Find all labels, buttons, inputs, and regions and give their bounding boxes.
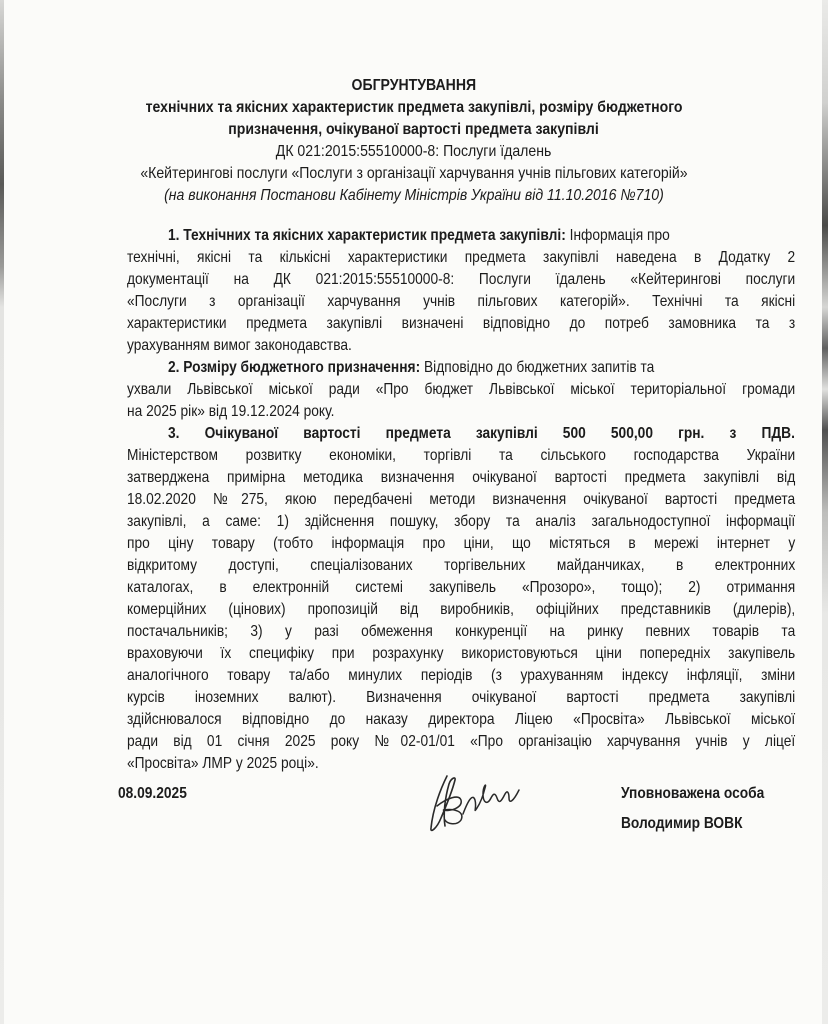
section-3-heading: 3. Очікуваної вартості предмета закупівл… xyxy=(168,423,795,445)
section-3-text-3: закупівлі, а саме: 1) здійснення пошуку,… xyxy=(127,511,795,533)
authorized-person-name-text: Володимир ВОВК xyxy=(621,813,742,835)
section-3-line-11: курсів іноземних валют). Визначення очік… xyxy=(127,687,795,709)
cpv-code-line: ДК 021:2015:55510000-8: Послуги їдалень xyxy=(0,141,828,163)
section-3-line-1: затверджена примірна методика визначення… xyxy=(127,467,795,489)
section-3-text-4: про ціну товару (тобто інформація про ці… xyxy=(127,533,795,555)
section-3-line-6: каталогах, в електронній системі закупів… xyxy=(127,577,795,599)
cpv-code-text: ДК 021:2015:55510000-8: Послуги їдалень xyxy=(276,141,552,163)
section-3-text-11: курсів іноземних валют). Визначення очік… xyxy=(127,687,795,709)
section-3-line-5: відкритому доступі, спеціалізованих торг… xyxy=(127,555,795,577)
section-3-line-9: враховуючи їх специфіку при розрахунку в… xyxy=(127,643,795,665)
document-date-text: 08.09.2025 xyxy=(118,783,187,805)
section-2-heading: 2. Розміру бюджетного призначення: xyxy=(168,359,420,376)
document-page: ОБГРУНТУВАННЯ технічних та якісних харак… xyxy=(0,0,828,1024)
section-3-heading-line: 3. Очікуваної вартості предмета закупівл… xyxy=(168,423,795,445)
section-3-text-2: 18.02.2020 №275, якою передбачені методи… xyxy=(127,489,795,511)
section-1-line-4: характеристики предмета закупівлі визнач… xyxy=(127,313,795,335)
section-1-line-3: «Послуги з організації харчування учнів … xyxy=(127,291,795,313)
authorized-person-name: Володимир ВОВК xyxy=(621,813,762,835)
section-1-line-1: технічні, якісні та кількісні характерис… xyxy=(127,247,795,269)
section-1-text-3: «Послуги з організації харчування учнів … xyxy=(127,291,795,313)
section-3-text-10: аналогічного товару та/або минулих періо… xyxy=(127,665,795,687)
section-3-line-13: ради від 01 січня 2025 року №02-01/01 «П… xyxy=(127,731,795,753)
section-3-text-13: ради від 01 січня 2025 року №02-01/01 «П… xyxy=(127,731,795,753)
section-1-text-4: характеристики предмета закупівлі визнач… xyxy=(127,313,795,335)
section-2-text-2: на 2025 рік» від 19.12.2024 року. xyxy=(127,401,795,423)
section-1-first-line: 1. Технічних та якісних характеристик пр… xyxy=(168,225,751,247)
section-2-text-0: Відповідно до бюджетних запитів та xyxy=(420,359,654,376)
section-1-line-2: документації на ДК 021:2015:55510000-8: … xyxy=(127,269,795,291)
section-3-line-7: комерційних (цінових) пропозицій від вир… xyxy=(127,599,795,621)
section-3-line-3: закупівлі, а саме: 1) здійснення пошуку,… xyxy=(127,511,795,533)
section-3-text-5: відкритому доступі, спеціалізованих торг… xyxy=(127,555,795,577)
section-3-line-4: про ціну товару (тобто інформація про ці… xyxy=(127,533,795,555)
section-3-text-12: здійснювалося відповідно до наказу дирек… xyxy=(127,709,795,731)
section-2-line-1: ухвали Львівської міської ради «Про бюдж… xyxy=(127,379,795,401)
section-3-text-6: каталогах, в електронній системі закупів… xyxy=(127,577,795,599)
subtitle-text-2: призначення, очікуваної вартості предмет… xyxy=(229,119,600,141)
subtitle-text-1: технічних та якісних характеристик предм… xyxy=(146,97,683,119)
section-3-line-10: аналогічного товару та/або минулих періо… xyxy=(127,665,795,687)
handwritten-signature-icon xyxy=(425,768,535,838)
section-3-line-0: Міністерством розвитку економіки, торгів… xyxy=(127,445,795,467)
section-1-line-5: урахуванням вимог законодавства. xyxy=(127,335,795,357)
section-3-text-8: постачальників; 3) у разі обмеження конк… xyxy=(127,621,795,643)
section-3-line-2: 18.02.2020 №275, якою передбачені методи… xyxy=(127,489,795,511)
section-3-line-8: постачальників; 3) у разі обмеження конк… xyxy=(127,621,795,643)
section-1-text-1: технічні, якісні та кількісні характерис… xyxy=(127,247,795,269)
section-3-line-12: здійснювалося відповідно до наказу дирек… xyxy=(127,709,795,731)
section-2-first-line: 2. Розміру бюджетного призначення: Відпо… xyxy=(168,357,734,379)
section-1-text-5: урахуванням вимог законодавства. xyxy=(127,335,795,357)
document-title: ОБГРУНТУВАННЯ xyxy=(0,75,828,97)
section-3-text-0: Міністерством розвитку економіки, торгів… xyxy=(127,445,795,467)
section-1-text-2: документації на ДК 021:2015:55510000-8: … xyxy=(127,269,795,291)
document-title-text: ОБГРУНТУВАННЯ xyxy=(352,75,477,97)
section-2-line-2: на 2025 рік» від 19.12.2024 року. xyxy=(127,401,795,423)
section-2-text-1: ухвали Львівської міської ради «Про бюдж… xyxy=(127,379,795,401)
resolution-line: (на виконання Постанови Кабінету Міністр… xyxy=(0,185,828,207)
service-line: «Кейтерингові послуги «Послуги з організ… xyxy=(0,163,828,185)
document-subtitle-line-2: призначення, очікуваної вартості предмет… xyxy=(0,119,828,141)
section-3-text-9: враховуючи їх специфіку при розрахунку в… xyxy=(127,643,795,665)
document-date: 08.09.2025 xyxy=(118,783,198,805)
section-3-text-1: затверджена примірна методика визначення… xyxy=(127,467,795,489)
resolution-text: (на виконання Постанови Кабінету Міністр… xyxy=(164,185,664,207)
authorized-person-role: Уповноважена особа xyxy=(621,783,788,805)
section-3-text-7: комерційних (цінових) пропозицій від вир… xyxy=(127,599,795,621)
section-1-heading: 1. Технічних та якісних характеристик пр… xyxy=(168,227,566,244)
document-subtitle-line-1: технічних та якісних характеристик предм… xyxy=(0,97,828,119)
section-1-text-0: Інформація про xyxy=(566,227,670,244)
authorized-person-role-text: Уповноважена особа xyxy=(621,783,764,805)
service-text: «Кейтерингові послуги «Послуги з організ… xyxy=(140,163,687,185)
